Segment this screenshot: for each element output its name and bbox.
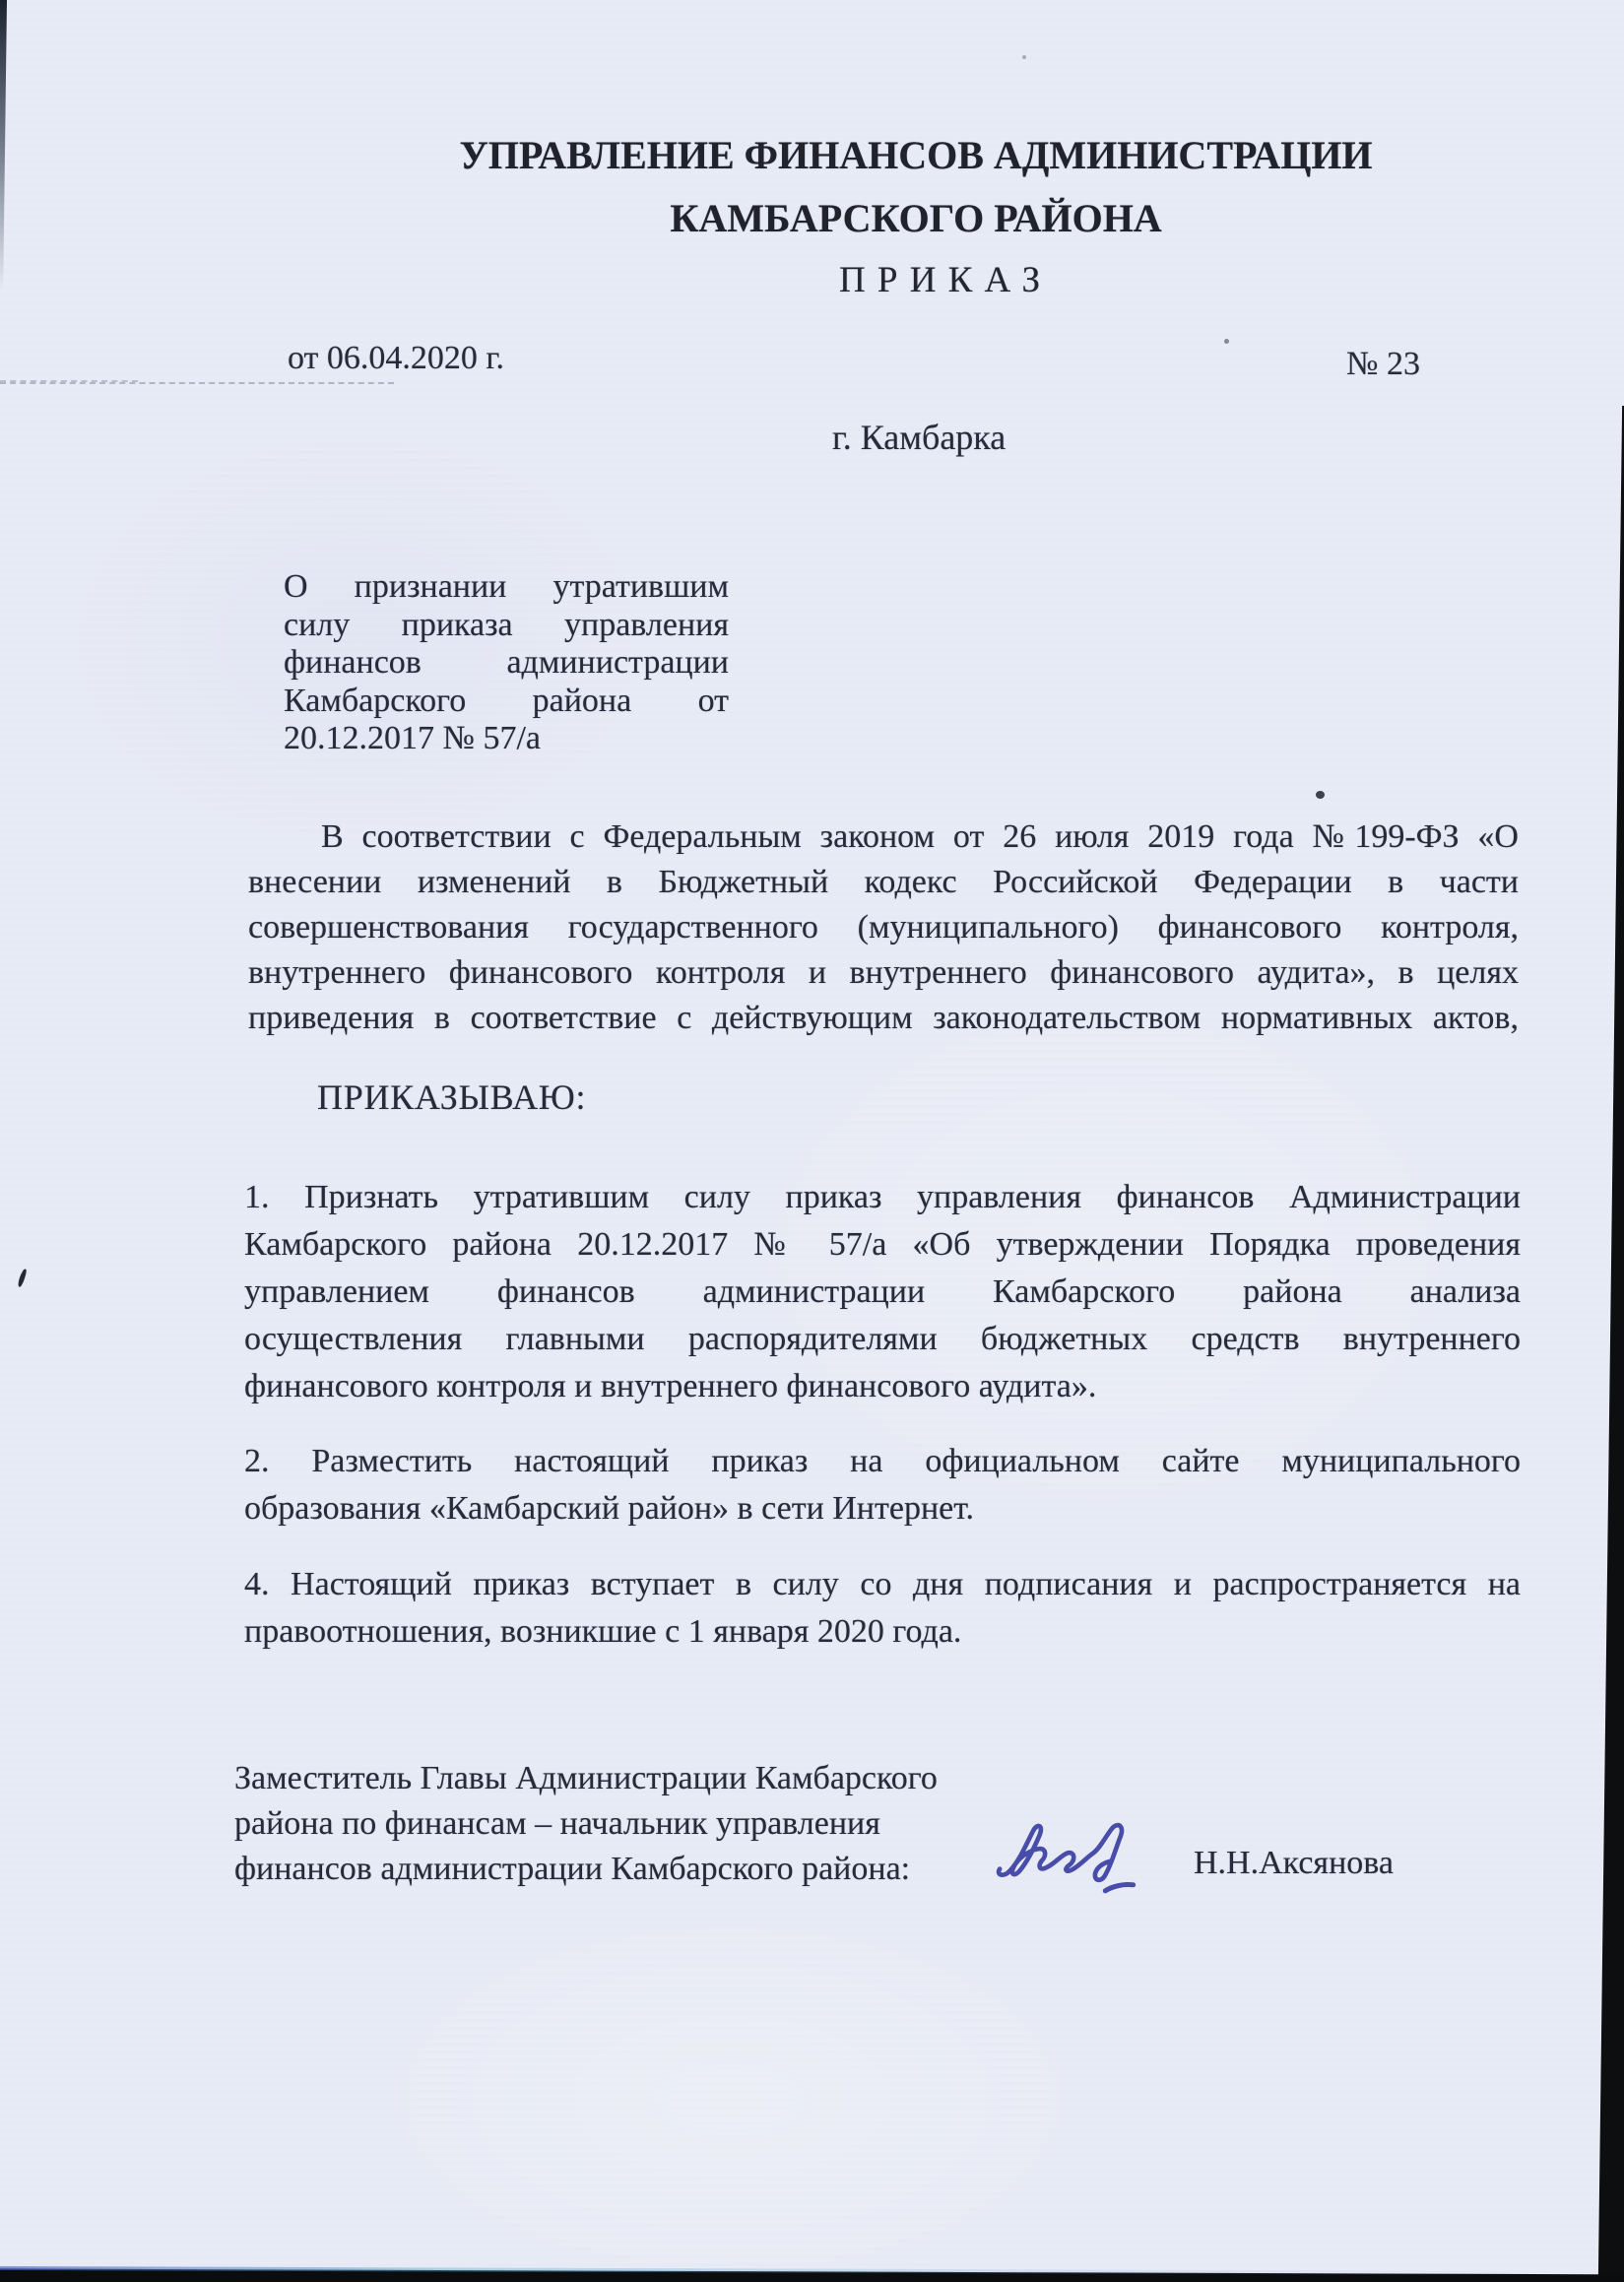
order-item-1: 1. Признать утратившим силу приказ управ…	[244, 1174, 1521, 1410]
order-item-line: образования «Камбарский район» в сети Ин…	[244, 1485, 1521, 1532]
paper-texture	[0, 0, 1624, 2282]
order-item-line: 4. Настоящий приказ вступает в силу со д…	[244, 1561, 1521, 1608]
subject-line: 20.12.2017 № 57/а	[284, 720, 729, 758]
signatory-position-line: финансов администрации Камбарского район…	[234, 1847, 938, 1892]
signatory-position-line: Заместитель Главы Администрации Камбарск…	[234, 1756, 938, 1801]
order-item-line: управлением финансов администрации Камба…	[244, 1269, 1521, 1316]
document-type-title: ПРИКАЗ	[839, 259, 1052, 302]
preamble-line: совершенствования государственного (муни…	[248, 905, 1519, 950]
order-item-line: осуществления главными распорядителями б…	[244, 1316, 1521, 1363]
preamble-line: внутреннего финансового контроля и внутр…	[248, 950, 1519, 996]
order-item-line: Камбарского района 20.12.2017 № 57/а «Об…	[244, 1221, 1521, 1269]
scan-speck	[1316, 791, 1325, 799]
document-date: от 06.04.2020 г.	[288, 339, 504, 379]
scan-speck	[1224, 339, 1229, 344]
subject-line: финансов администрации	[284, 644, 729, 683]
subject-line: силу приказа управления	[284, 607, 729, 645]
scan-artifact-mark	[17, 1269, 28, 1288]
preamble-line: В соответствии с Федеральным законом от …	[248, 815, 1519, 860]
document-number: № 23	[1346, 345, 1420, 385]
subject-line: О признании утратившим	[284, 568, 729, 607]
order-item-line: 2. Разместить настоящий приказ на официа…	[244, 1438, 1521, 1485]
scan-artifact-left-edge	[0, 0, 7, 291]
org-name-line2: КАМБАРСКОГО РАЙОНА	[670, 196, 1161, 240]
preamble-line: внесении изменений в Бюджетный кодекс Ро…	[248, 860, 1519, 905]
preamble-line: приведения в соответствие с действующим …	[248, 996, 1519, 1041]
order-item-2: 2. Разместить настоящий приказ на официа…	[244, 1438, 1521, 1532]
order-item-line: финансового контроля и внутреннего финан…	[244, 1363, 1521, 1410]
order-item-line: правоотношения, возникшие с 1 января 202…	[244, 1608, 1521, 1656]
scan-artifact-right-edge	[1597, 406, 1624, 2282]
signatory-position: Заместитель Главы Администрации Камбарск…	[234, 1756, 938, 1892]
signatory-name: Н.Н.Аксянова	[1194, 1844, 1394, 1884]
subject-block: О признании утратившим силу приказа упра…	[284, 568, 729, 758]
scan-speck	[1022, 55, 1026, 59]
order-item-line: 1. Признать утратившим силу приказ управ…	[244, 1174, 1521, 1221]
org-name-line1: УПРАВЛЕНИЕ ФИНАНСОВ АДМИНИСТРАЦИИ	[459, 133, 1372, 177]
preamble-paragraph: В соответствии с Федеральным законом от …	[248, 815, 1519, 1041]
signatory-position-line: района по финансам – начальник управлени…	[234, 1801, 938, 1847]
signature-ink	[988, 1815, 1167, 1909]
order-word: ПРИКАЗЫВАЮ:	[317, 1076, 586, 1119]
document-page: УПРАВЛЕНИЕ ФИНАНСОВ АДМИНИСТРАЦИИ КАМБАР…	[0, 0, 1624, 2282]
scan-artifact-dashed-line	[0, 380, 138, 382]
scan-artifact-dashed-line	[0, 382, 394, 384]
org-name: УПРАВЛЕНИЕ ФИНАНСОВ АДМИНИСТРАЦИИ КАМБАР…	[227, 124, 1605, 250]
subject-line: Камбарского района от	[284, 683, 729, 721]
city-line: г. Камбарка	[832, 417, 1006, 459]
order-item-4: 4. Настоящий приказ вступает в силу со д…	[244, 1561, 1521, 1656]
